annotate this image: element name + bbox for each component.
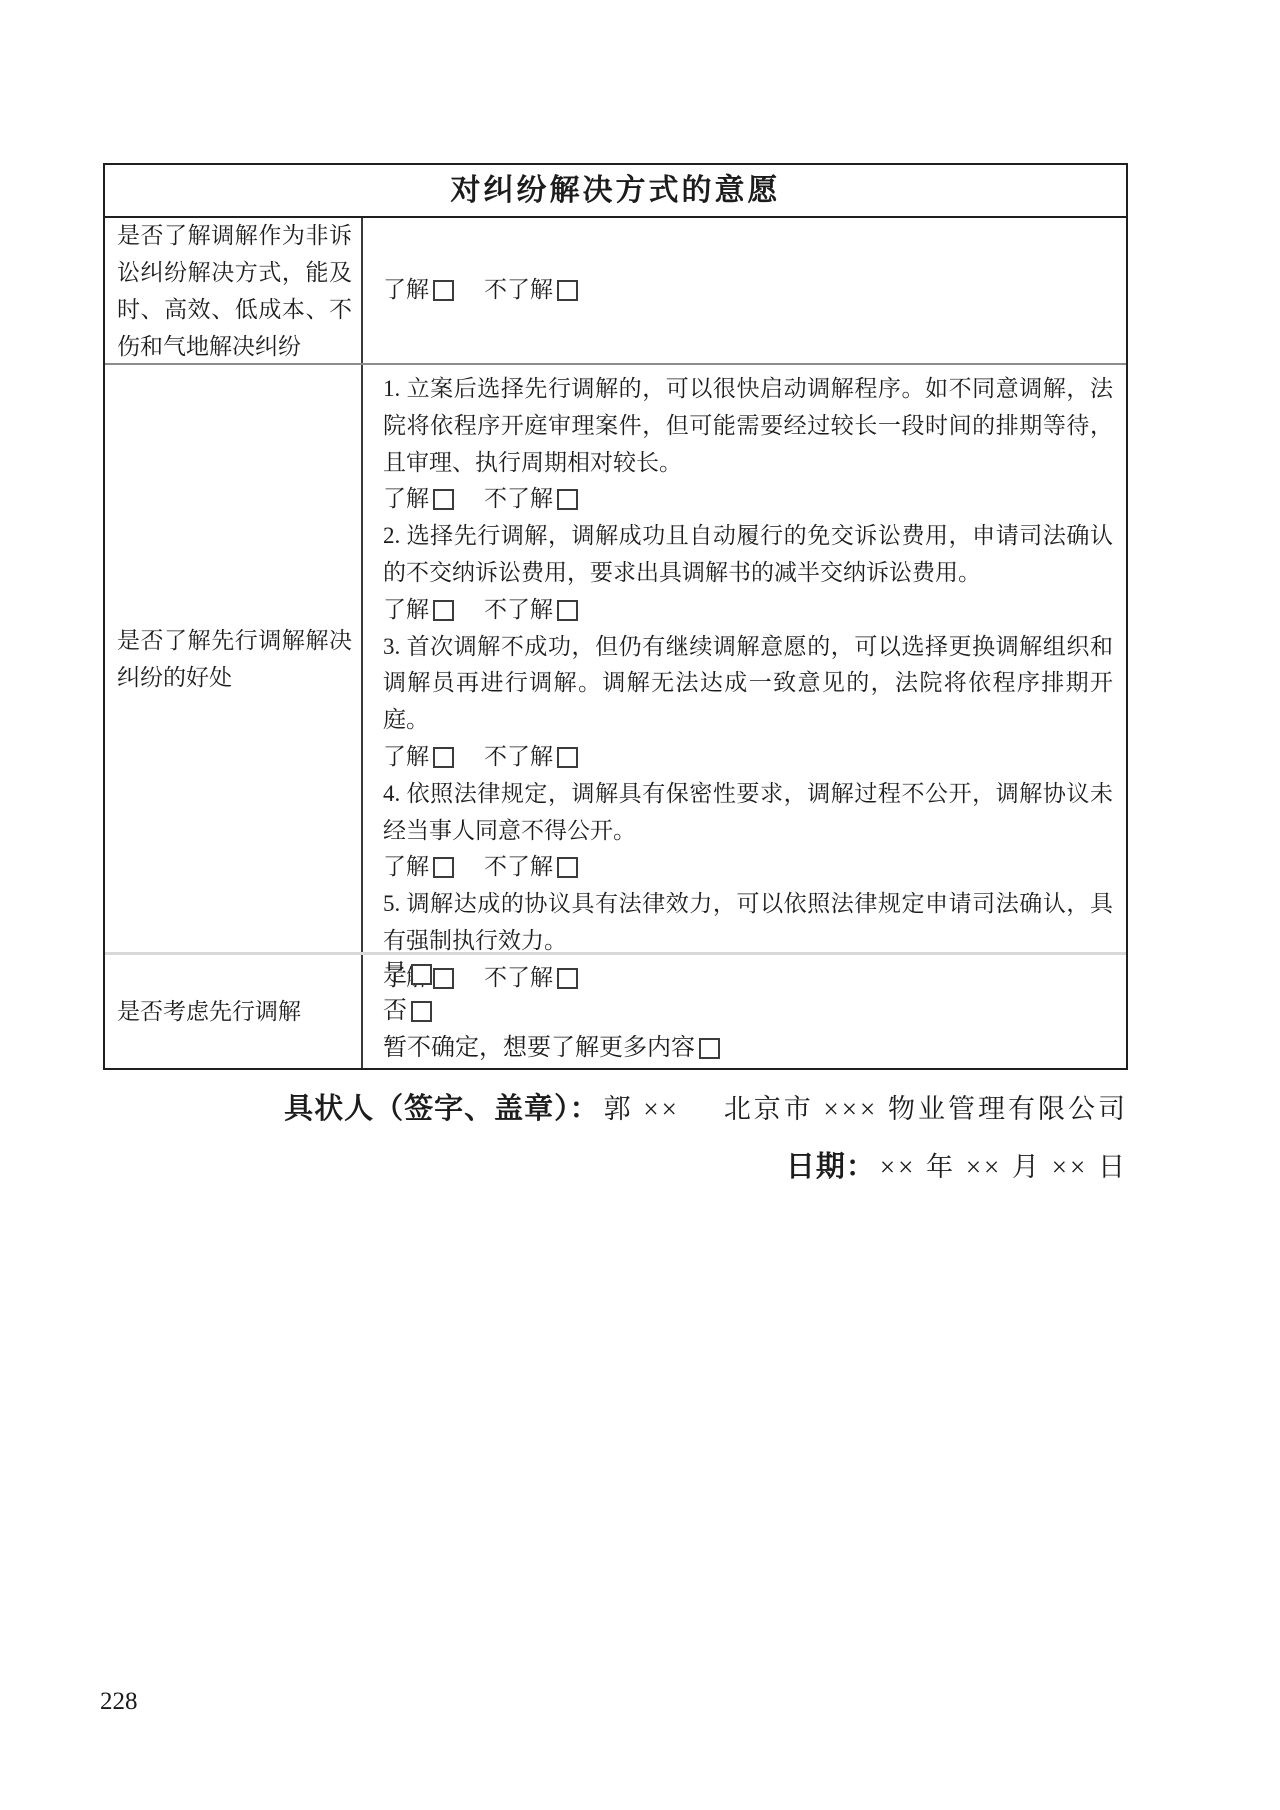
know-label: 了解 bbox=[383, 849, 429, 886]
not-know-option: 不了解 bbox=[484, 481, 578, 518]
not-know-label: 不了解 bbox=[484, 592, 553, 629]
know-checkbox[interactable] bbox=[433, 600, 454, 621]
know-label: 了解 bbox=[383, 272, 429, 309]
row-label-text: 是否了解调解作为非诉讼纠纷解决方式，能及时、高效、低成本、不伤和气地解决纠纷 bbox=[117, 217, 352, 365]
know-checkbox[interactable] bbox=[433, 747, 454, 768]
row-content: 是 否 暂不确定，想要了解更多内容 bbox=[363, 955, 1126, 1068]
not-know-label: 不了解 bbox=[484, 272, 553, 309]
unsure-option: 暂不确定，想要了解更多内容 bbox=[383, 1030, 720, 1067]
row-label-text: 是否考虑先行调解 bbox=[117, 993, 352, 1030]
know-checkbox[interactable] bbox=[433, 280, 454, 301]
know-option-line: 了解 不了解 bbox=[383, 592, 1113, 629]
yes-option-line: 是 bbox=[383, 956, 1113, 993]
signer-company: 北京市 ××× 物业管理有限公司 bbox=[724, 1094, 1128, 1124]
benefit-item-1: 1. 立案后选择先行调解的，可以很快启动调解程序。如不同意调解，法院将依程序开庭… bbox=[383, 371, 1113, 481]
not-know-checkbox[interactable] bbox=[557, 747, 578, 768]
not-know-label: 不了解 bbox=[484, 849, 553, 886]
willingness-table: 对纠纷解决方式的意愿 是否了解调解作为非诉讼纠纷解决方式，能及时、高效、低成本、… bbox=[103, 163, 1128, 1070]
document-page: 对纠纷解决方式的意愿 是否了解调解作为非诉讼纠纷解决方式，能及时、高效、低成本、… bbox=[0, 0, 1280, 1810]
row-label-text: 是否了解先行调解解决纠纷的好处 bbox=[117, 622, 352, 696]
not-know-option: 不了解 bbox=[484, 592, 578, 629]
not-know-checkbox[interactable] bbox=[557, 600, 578, 621]
signer-line: 具状人（签字、盖章）： 郭 ×× 北京市 ××× 物业管理有限公司 bbox=[103, 1086, 1128, 1127]
know-option-line: 了解 不了解 bbox=[383, 739, 1113, 776]
benefit-item-4: 4. 依照法律规定，调解具有保密性要求，调解过程不公开，调解协议未经当事人同意不… bbox=[383, 776, 1113, 850]
know-checkbox[interactable] bbox=[433, 489, 454, 510]
unsure-option-line: 暂不确定，想要了解更多内容 bbox=[383, 1030, 1113, 1067]
know-option-line: 了解 不了解 bbox=[383, 272, 608, 309]
no-label: 否 bbox=[383, 993, 407, 1030]
unsure-checkbox[interactable] bbox=[699, 1038, 720, 1059]
know-label: 了解 bbox=[383, 481, 429, 518]
not-know-option: 不了解 bbox=[484, 272, 578, 309]
benefit-item-2: 2. 选择先行调解，调解成功且自动履行的免交诉讼费用，申请司法确认的不交纳诉讼费… bbox=[383, 518, 1113, 592]
date-label: 日期： bbox=[786, 1151, 876, 1183]
signature-block: 具状人（签字、盖章）： 郭 ×× 北京市 ××× 物业管理有限公司 日期： ××… bbox=[103, 1086, 1128, 1185]
row-label: 是否了解先行调解解决纠纷的好处 bbox=[105, 365, 363, 952]
know-checkbox[interactable] bbox=[433, 857, 454, 878]
know-label: 了解 bbox=[383, 739, 429, 776]
no-option-line: 否 bbox=[383, 993, 1113, 1030]
not-know-checkbox[interactable] bbox=[557, 280, 578, 301]
no-option: 否 bbox=[383, 993, 432, 1030]
know-option: 了解 bbox=[383, 592, 454, 629]
not-know-option: 不了解 bbox=[484, 739, 578, 776]
not-know-checkbox[interactable] bbox=[557, 857, 578, 878]
know-option: 了解 bbox=[383, 481, 454, 518]
no-checkbox[interactable] bbox=[411, 1001, 432, 1022]
know-option: 了解 bbox=[383, 272, 454, 309]
not-know-label: 不了解 bbox=[484, 481, 553, 518]
know-option: 了解 bbox=[383, 739, 454, 776]
know-option-line: 了解 不了解 bbox=[383, 849, 1113, 886]
row-content: 了解 不了解 bbox=[363, 218, 1126, 363]
know-label: 了解 bbox=[383, 592, 429, 629]
table-row-consider-mediation: 是否考虑先行调解 是 否 暂不确定，想要了解更多 bbox=[105, 955, 1126, 1068]
know-option-line: 了解 不了解 bbox=[383, 481, 1113, 518]
not-know-checkbox[interactable] bbox=[557, 489, 578, 510]
table-title: 对纠纷解决方式的意愿 bbox=[105, 165, 1126, 218]
table-row-mediation-benefits: 是否了解先行调解解决纠纷的好处 1. 立案后选择先行调解的，可以很快启动调解程序… bbox=[105, 365, 1126, 955]
yes-option: 是 bbox=[383, 956, 432, 993]
row-label: 是否了解调解作为非诉讼纠纷解决方式，能及时、高效、低成本、不伤和气地解决纠纷 bbox=[105, 218, 363, 363]
signer-name: 郭 ×× bbox=[604, 1094, 680, 1124]
not-know-option: 不了解 bbox=[484, 849, 578, 886]
date-line: 日期： ×× 年 ×× 月 ×× 日 bbox=[103, 1144, 1128, 1185]
benefit-item-3: 3. 首次调解不成功，但仍有继续调解意愿的，可以选择更换调解组织和调解员再进行调… bbox=[383, 629, 1113, 739]
page-number: 228 bbox=[100, 1688, 138, 1716]
date-value: ×× 年 ×× 月 ×× 日 bbox=[880, 1152, 1128, 1182]
row-content: 1. 立案后选择先行调解的，可以很快启动调解程序。如不同意调解，法院将依程序开庭… bbox=[363, 365, 1126, 952]
unsure-label: 暂不确定，想要了解更多内容 bbox=[383, 1030, 695, 1067]
signer-label: 具状人（签字、盖章）： bbox=[284, 1093, 600, 1125]
not-know-label: 不了解 bbox=[484, 739, 553, 776]
row-label: 是否考虑先行调解 bbox=[105, 955, 363, 1068]
yes-label: 是 bbox=[383, 956, 407, 993]
table-row-mediation-awareness: 是否了解调解作为非诉讼纠纷解决方式，能及时、高效、低成本、不伤和气地解决纠纷 了… bbox=[105, 218, 1126, 365]
know-option: 了解 bbox=[383, 849, 454, 886]
benefit-item-5: 5. 调解达成的协议具有法律效力，可以依照法律规定申请司法确认，具有强制执行效力… bbox=[383, 886, 1113, 960]
yes-checkbox[interactable] bbox=[411, 964, 432, 985]
